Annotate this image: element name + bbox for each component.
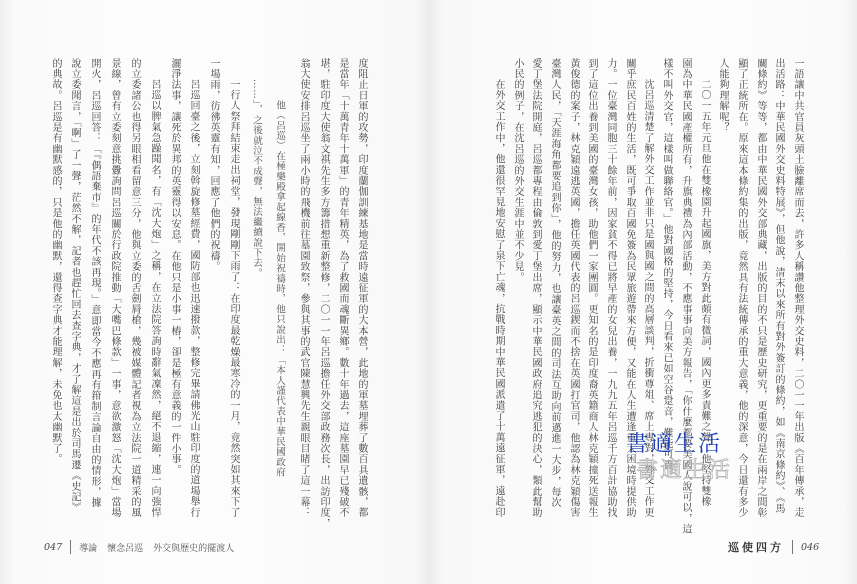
text-column: 一語讓中共官員灰頭土臉離席而去，許多人稱讚他整理外交史料，二〇一一年出版《百年傳… — [791, 58, 803, 518]
right-page-footer: 巡使四方 046 — [728, 540, 819, 554]
book-spread: 度阻止日軍的攻勢，印度蘭伽訓練基地是當時遠征軍的大本營，此地的軍墓埋葬了數百具遺… — [0, 0, 857, 584]
paragraph-start-column: 在外交工作中，他還很罕見地安慰了泉下亡魂，抗戰時期中華民國派遣了十萬遠征軍，遠赴… — [492, 79, 504, 518]
text-column: 小民的例子，在沈呂巡的外交生涯中並不少見。 — [511, 58, 523, 283]
text-column: 力。一位臺灣同胞三十餘年前，因家貧不得已將早產的女兒出養，一九九五年呂巡千方百計… — [604, 58, 616, 518]
page-number: 046 — [801, 542, 819, 553]
text-column: 到了這位出養到美國的臺灣女孩，助他們一家團圓。更知名的是印度裔英籍商人林克穎撞死… — [585, 58, 597, 518]
watermark-logo: 書適生活 — [626, 433, 722, 457]
text-column: 樣不叫外交官，這樣叫做聯絡官。」他對國格的堅持，今日看來已如空谷跫音，難能可貴。 — [660, 58, 672, 481]
footer-divider — [792, 540, 793, 554]
text-column: 黃俊德的案子，林克穎遠逃英國，擔任英國代表的呂巡鍥而不捨在英國打官司，他認為林克… — [567, 58, 579, 518]
text-column: 出活路：中華民國外交史料特展》，但他說，清末以來所有對外簽訂的條約，如《南京條約… — [772, 58, 784, 514]
text-column: 愛丁堡法院開庭，呂巡都專程由倫敦到愛丁堡出席，顯示中華民國政府追究逃犯的決心，類… — [529, 58, 541, 518]
text-column: 關條約》等等，都由中華民國外交部典藏，出版的目的不只是歷史研究，更重要的是在兩岸… — [754, 58, 766, 518]
text-column: 顯了正統所在。原來這本條約集的出版，竟然具有法統傳承的重大意義，他的深意，今日還… — [735, 58, 747, 518]
running-head-title: 巡使四方 — [728, 539, 784, 555]
right-page: 一語讓中共官員灰頭土臉離席而去，許多人稱讚他整理外交史料，二〇一一年出版《百年傳… — [0, 0, 857, 584]
text-column: 人能夠理解呢？ — [716, 58, 728, 133]
watermark-outline: 書適生活 — [636, 459, 732, 483]
text-column: 臺灣人民，「天涯海角都要追到你」，他的努力，也讓臺英之間的司法互助向前邁進一大步… — [548, 58, 560, 508]
